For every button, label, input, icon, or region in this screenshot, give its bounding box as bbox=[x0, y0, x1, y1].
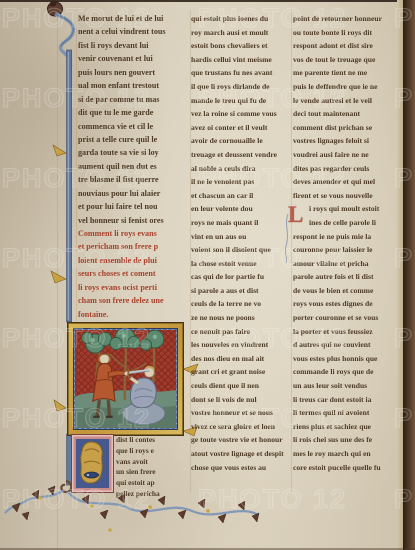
text-line: parole autre fois et li dist bbox=[293, 270, 396, 284]
miniature-scene bbox=[75, 330, 176, 428]
text-line: voudrei ausi faire ne ne bbox=[293, 148, 396, 162]
text-line: que trustans fu nes avant bbox=[191, 66, 290, 80]
text-line: respont adont et dist sire bbox=[293, 39, 396, 53]
ruling-line bbox=[291, 10, 292, 492]
text-line: garda toute sa vie si loy bbox=[78, 146, 191, 159]
text-line: les nouveles en vindrent bbox=[191, 338, 290, 352]
text-line: fist li roys devant lui bbox=[78, 39, 191, 52]
text-line: nent a celui vindrent tous bbox=[78, 25, 191, 38]
text-line: la porter et vous feussiez bbox=[293, 325, 396, 339]
text-line: i roys qui moult estoit bbox=[293, 202, 396, 216]
text-line: vos de tout le treuage que bbox=[293, 53, 396, 67]
text-line: vint en un aus ou bbox=[191, 230, 290, 244]
text-line: si de par comme tu mas bbox=[78, 93, 191, 106]
text-line: dites pas regarder ceuls bbox=[293, 162, 396, 176]
text-line: voient son il disoient que bbox=[191, 243, 290, 257]
text-line: puis lours nen gouvert bbox=[78, 66, 191, 79]
text-line: li termes quil ni avoient bbox=[293, 406, 396, 420]
text-line: dit que tu le me garde bbox=[78, 106, 191, 119]
text-line: qui estoit ap bbox=[116, 478, 194, 489]
text-line: grant cri et grant noise bbox=[191, 365, 290, 379]
text-line: pellez pericha bbox=[116, 489, 194, 500]
text-line: comment dist prichan se bbox=[293, 121, 396, 135]
text-line: il ne le venoient pas bbox=[191, 175, 290, 189]
text-line: porter couronne et se vous bbox=[293, 311, 396, 325]
text-line: couronne pour laissier le bbox=[293, 243, 396, 257]
text-line: en leur volente dou bbox=[191, 202, 290, 216]
column3-body-text-after: respont ie ne puis mie lacouronne pour l… bbox=[293, 230, 396, 475]
text-line: al noble a ceuls dira bbox=[191, 162, 290, 176]
top-bud-ornament bbox=[48, 2, 74, 57]
text-line: Comment li roys evans bbox=[78, 227, 191, 240]
column3-body-text: point de retourner honneurou toute bonte… bbox=[293, 12, 396, 202]
text-line: mes le roy march qui en bbox=[293, 447, 396, 461]
miniature-frame bbox=[67, 322, 184, 436]
creature bbox=[84, 472, 99, 478]
text-line: le vende autresi et le veil bbox=[293, 94, 396, 108]
text-line: seurs choses et coment bbox=[78, 267, 191, 280]
text-line: dont se li vois de nul bbox=[191, 393, 290, 407]
manuscript-page: Me morut de lui et de luinent a celui vi… bbox=[0, 0, 415, 550]
text-line: roys vous estes dignes de bbox=[293, 297, 396, 311]
column3-initial-block: L i roys qui moult estoitines de celle p… bbox=[293, 202, 396, 229]
adjacent-page-edge bbox=[403, 0, 415, 550]
column3-initial-lines: i roys qui moult estoitines de celle par… bbox=[293, 202, 396, 229]
text-line: la chose estoit venue bbox=[191, 257, 290, 271]
text-line: si parole a aus et dist bbox=[191, 284, 290, 298]
text-column-1: Me morut de lui et de luinent a celui vi… bbox=[78, 12, 191, 321]
text-line: vostres lignages feloit si bbox=[293, 134, 396, 148]
text-line: venir couvenant et lui bbox=[78, 52, 191, 65]
text-line: roys ne mais quant il bbox=[191, 216, 290, 230]
text-line: ceuls de la terre ne vo bbox=[191, 297, 290, 311]
text-line: roy march ausi et moult bbox=[191, 26, 290, 40]
text-column-2: qui estoit plus ioenes duroy march ausi … bbox=[191, 12, 290, 474]
text-line: que li roys e bbox=[116, 446, 194, 457]
text-line: chose que vous estes au bbox=[191, 461, 290, 475]
text-line: commande li roys que de bbox=[293, 365, 396, 379]
text-line: respont ie ne puis mie la bbox=[293, 230, 396, 244]
text-line: vez la roine si comme vous bbox=[191, 107, 290, 121]
text-line: prist a telle cure quil le bbox=[78, 133, 191, 146]
text-line: avoir de cornouaille le bbox=[191, 134, 290, 148]
miniature-illustration bbox=[75, 330, 176, 428]
text-line: commenca vie et cil le bbox=[78, 120, 191, 133]
text-line: treuage et deussent vendre bbox=[191, 148, 290, 162]
text-line: aument quil nen dut es bbox=[78, 160, 191, 173]
column1-rubric: Comment li roys evanset pericham son fre… bbox=[78, 227, 191, 321]
historiated-initial-E bbox=[71, 434, 114, 493]
text-line: avez oi conter et il veult bbox=[191, 121, 290, 135]
text-line: ceuls dient que il nen bbox=[191, 379, 290, 393]
text-line: Me morut de lui et de lui bbox=[78, 12, 191, 25]
text-line: deves amender et qui mel bbox=[293, 175, 396, 189]
text-line: un aus leur soit vendus bbox=[293, 379, 396, 393]
text-line: li roys evans ocist perti bbox=[78, 281, 191, 294]
text-line: de vous le bien et comme bbox=[293, 284, 396, 298]
text-line: d autres qui ne couvient bbox=[293, 338, 396, 352]
initial-inner-field bbox=[76, 439, 109, 488]
text-line: qui estoit plus ioenes du bbox=[191, 12, 290, 26]
vine-gold-dots bbox=[38, 496, 210, 531]
text-line: fontaine. bbox=[78, 308, 191, 321]
text-line: dist li contes bbox=[116, 435, 194, 446]
text-line: li treus car dont estoit ia bbox=[293, 393, 396, 407]
text-line: cas qui de lor partie fu bbox=[191, 270, 290, 284]
text-line: core estoit pucelle quelle fu bbox=[293, 461, 396, 475]
text-line: atout vostre lignage et despit bbox=[191, 447, 290, 461]
text-line: vivez ce sera gloire et loen bbox=[191, 420, 290, 434]
text-line: un sien frere bbox=[116, 467, 194, 478]
page-top-edge bbox=[0, 0, 415, 2]
watermark-text: PHOTO 12 bbox=[198, 484, 347, 515]
text-line: riens plus et sachiez que bbox=[293, 420, 396, 434]
text-line: nouviaus pour lui alaier bbox=[78, 187, 191, 200]
text-line: et pour lui faire tel nou bbox=[78, 200, 191, 213]
text-line: ge toute vostre vie et honour bbox=[191, 433, 290, 447]
text-line: il que li roys dirlande de bbox=[191, 80, 290, 94]
column1-body-text: Me morut de lui et de luinent a celui vi… bbox=[78, 12, 191, 227]
text-line: vostre honneur et se nous bbox=[191, 406, 290, 420]
text-line: mande le treu qui fu de bbox=[191, 94, 290, 108]
text-line: point de retourner honneur bbox=[293, 12, 396, 26]
column1-initial-side-text: dist li contesque li roys evans avoitun … bbox=[116, 435, 194, 500]
text-line: ze ne nous ne poons bbox=[191, 311, 290, 325]
standing-figure-head bbox=[100, 354, 109, 363]
text-line: me parente tient ne me bbox=[293, 66, 396, 80]
text-line: estoit bons chevaliers et bbox=[191, 39, 290, 53]
text-line: vous estes plus honnis que bbox=[293, 352, 396, 366]
text-line: puis le deffendre que ie ne bbox=[293, 80, 396, 94]
text-line: ual mon enfant trestout bbox=[78, 79, 191, 92]
text-line: et chascun an car il bbox=[191, 189, 290, 203]
text-line: cham son frere delez une bbox=[78, 294, 191, 307]
text-line: ines de celle parole li bbox=[293, 216, 396, 230]
text-column-3: point de retourner honneurou toute bonte… bbox=[293, 12, 396, 474]
text-line: des nos dieu en mal ait bbox=[191, 352, 290, 366]
parchment-crease bbox=[57, 0, 58, 550]
text-line: firent et se vous nouvelle bbox=[293, 189, 396, 203]
text-line: li rois chei sus une des fe bbox=[293, 433, 396, 447]
text-line: tre blasme il fist querre bbox=[78, 173, 191, 186]
text-line: vans avoit bbox=[116, 457, 194, 468]
column2-body-text: qui estoit plus ioenes duroy march ausi … bbox=[191, 12, 290, 474]
text-line: ou toute bonte li roys dit bbox=[293, 26, 396, 40]
text-line: et pericham son frere p bbox=[78, 240, 191, 253]
text-line: ce nenuit pas faire bbox=[191, 325, 290, 339]
text-line: amour vilaine et pricha bbox=[293, 257, 396, 271]
pen-initial-L: L bbox=[288, 202, 306, 229]
text-line: hardis cellui vint meisme bbox=[191, 53, 290, 67]
text-line: deci tout maintenant bbox=[293, 107, 396, 121]
text-line: loient ensemble de plui bbox=[78, 254, 191, 267]
text-line: vel honneur si fenist ores bbox=[78, 214, 191, 227]
